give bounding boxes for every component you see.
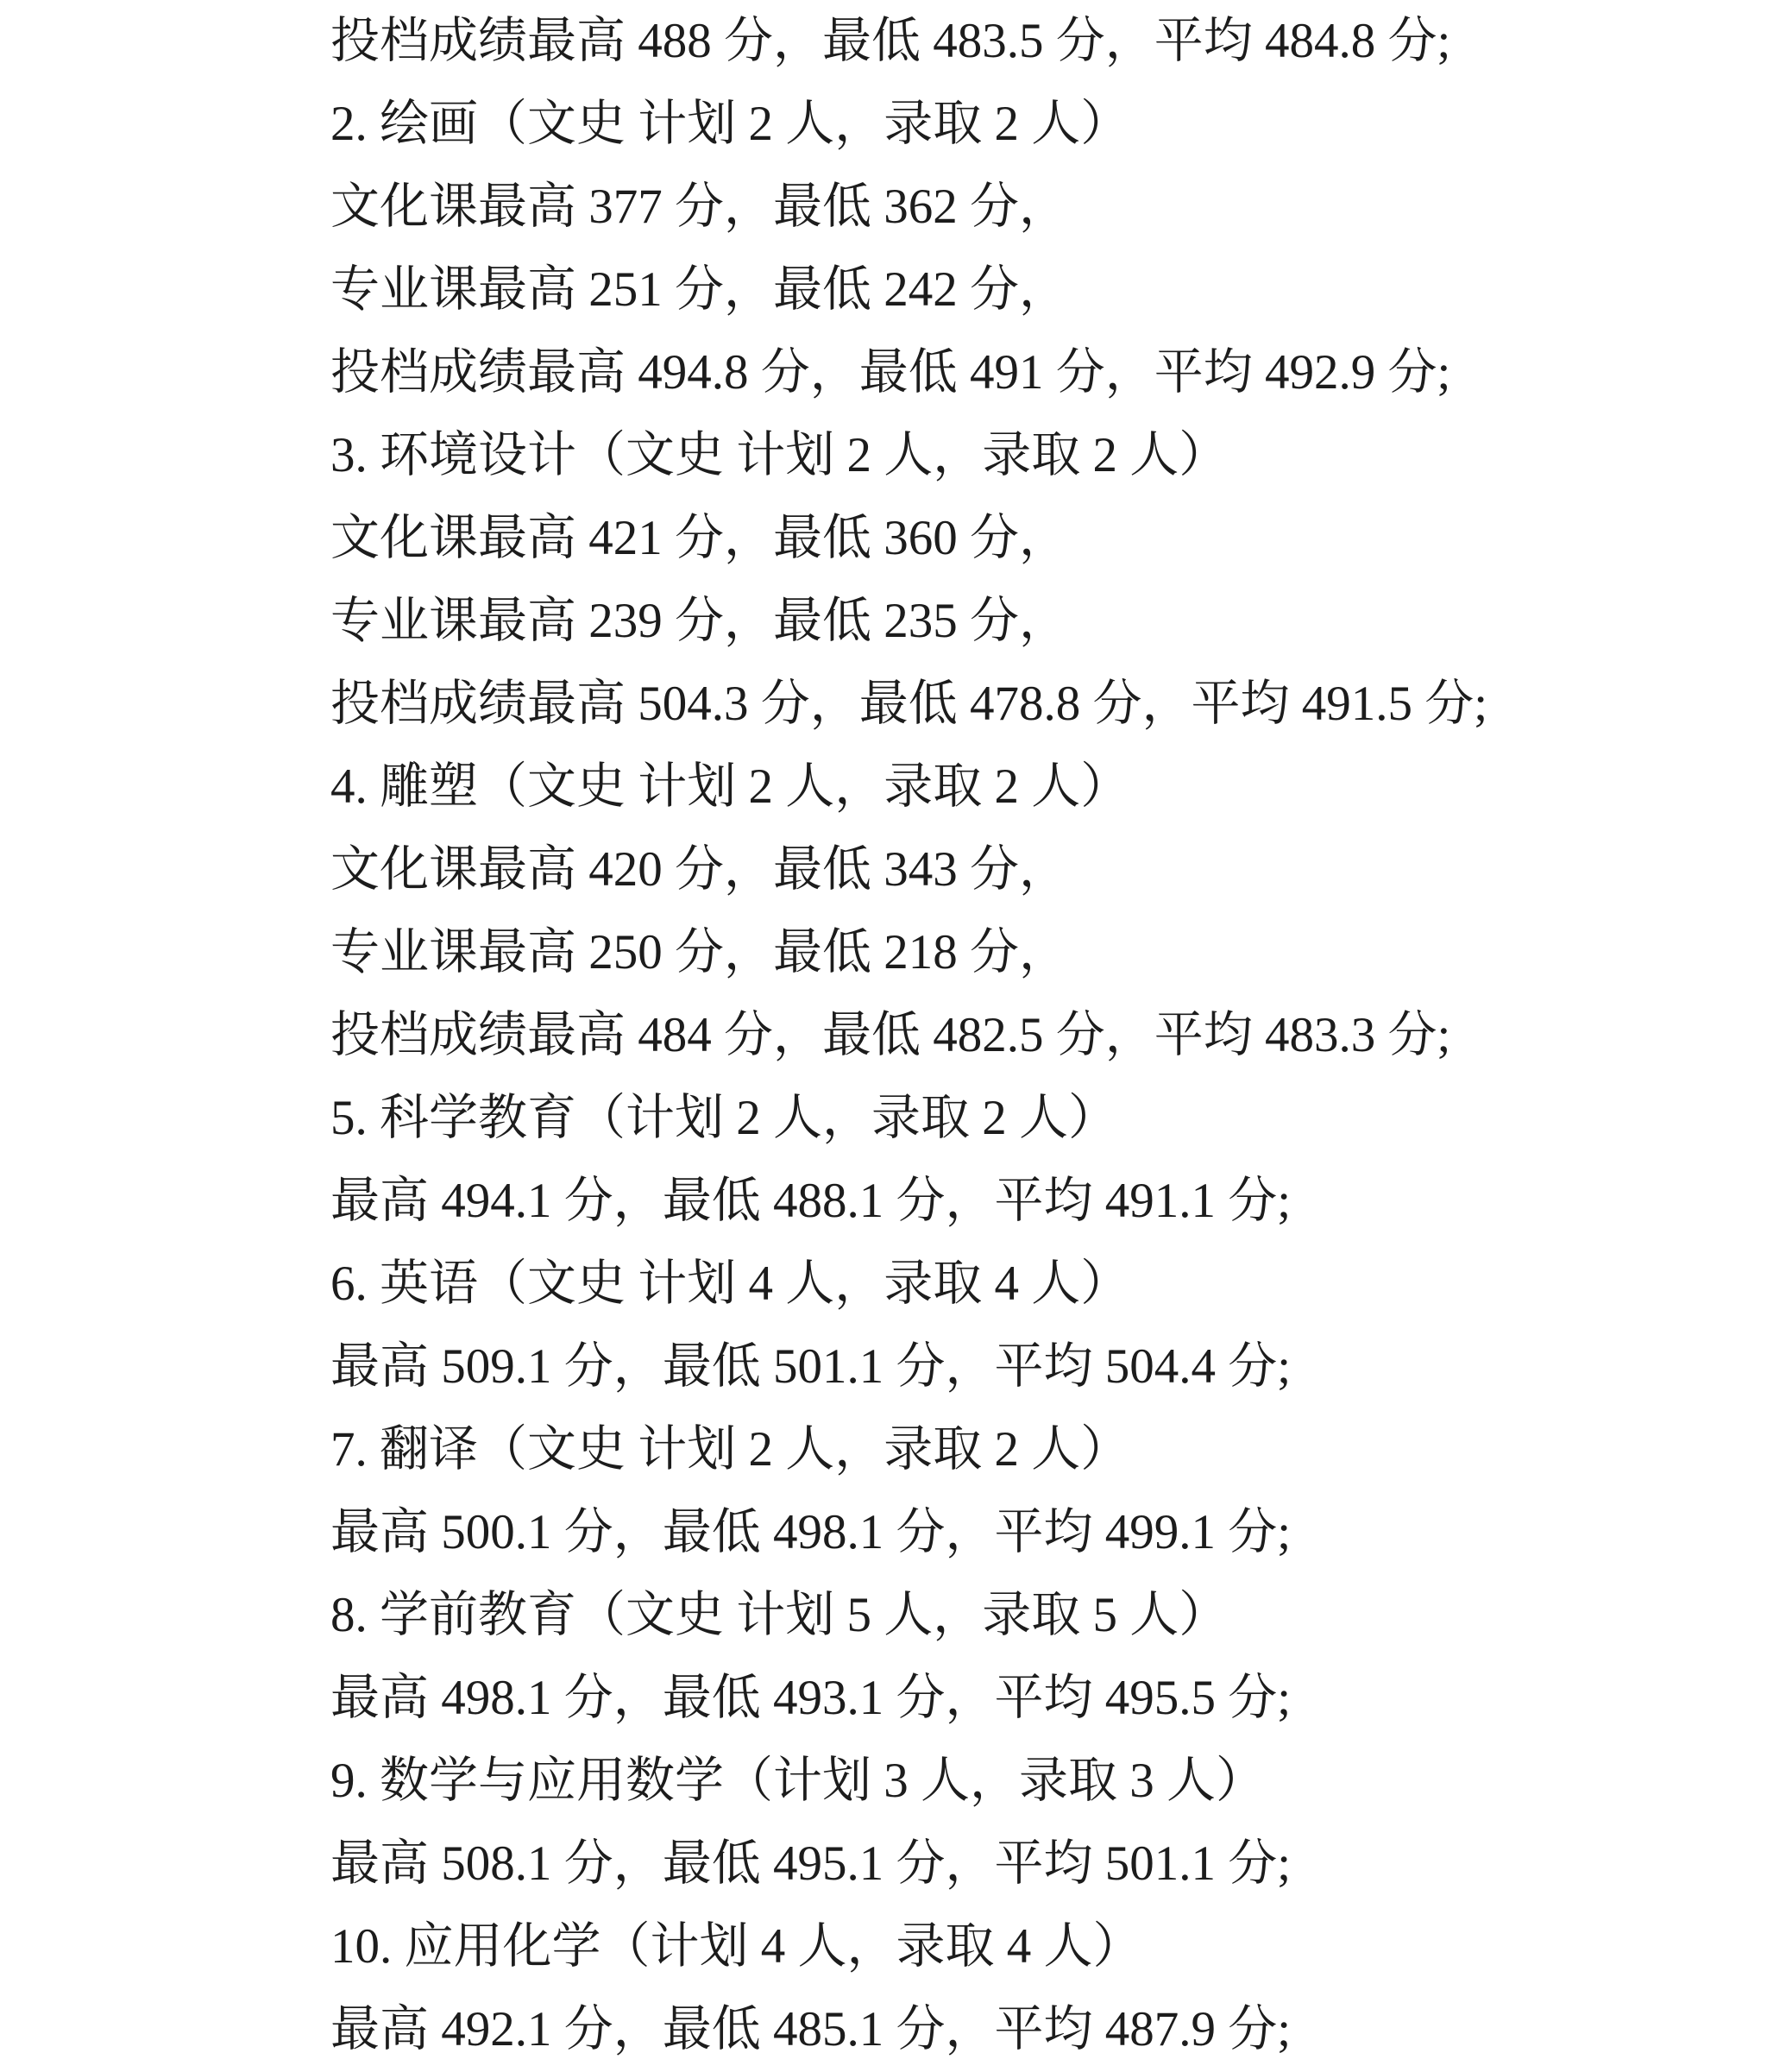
major-heading: 9. 数学与应用数学（计划 3 人，录取 3 人） <box>330 1740 1732 1823</box>
score-line: 投档成绩最高 504.3 分，最低 478.8 分，平均 491.5 分; <box>330 663 1732 746</box>
score-line: 文化课最高 420 分，最低 343 分， <box>330 828 1732 911</box>
score-line: 投档成绩最高 494.8 分，最低 491 分，平均 492.9 分; <box>330 331 1732 414</box>
score-line: 专业课最高 250 分，最低 218 分， <box>330 911 1732 994</box>
score-line: 最高 498.1 分，最低 493.1 分，平均 495.5 分; <box>330 1657 1732 1740</box>
admission-scores-text-block: 投档成绩最高 488 分，最低 483.5 分，平均 484.8 分; 2. 绘… <box>330 0 1732 2071</box>
major-heading: 8. 学前教育（文史 计划 5 人，录取 5 人） <box>330 1574 1732 1657</box>
score-line: 最高 500.1 分，最低 498.1 分，平均 499.1 分; <box>330 1491 1732 1574</box>
score-line: 最高 509.1 分，最低 501.1 分，平均 504.4 分; <box>330 1326 1732 1408</box>
major-heading: 2. 绘画（文史 计划 2 人，录取 2 人） <box>330 83 1732 166</box>
score-line: 专业课最高 239 分，最低 235 分， <box>330 580 1732 663</box>
document-page: 投档成绩最高 488 分，最低 483.5 分，平均 484.8 分; 2. 绘… <box>0 0 1767 2072</box>
score-line: 最高 508.1 分，最低 495.1 分，平均 501.1 分; <box>330 1823 1732 1905</box>
score-line: 专业课最高 251 分，最低 242 分， <box>330 249 1732 331</box>
score-line: 最高 494.1 分，最低 488.1 分，平均 491.1 分; <box>330 1160 1732 1243</box>
major-heading: 7. 翻译（文史 计划 2 人，录取 2 人） <box>330 1408 1732 1491</box>
score-line: 文化课最高 377 分，最低 362 分， <box>330 166 1732 249</box>
major-heading: 6. 英语（文史 计划 4 人，录取 4 人） <box>330 1243 1732 1326</box>
major-heading: 10. 应用化学（计划 4 人，录取 4 人） <box>330 1905 1732 1988</box>
score-line: 投档成绩最高 488 分，最低 483.5 分，平均 484.8 分; <box>330 0 1732 83</box>
score-line: 最高 492.1 分，最低 485.1 分，平均 487.9 分; <box>330 1988 1732 2071</box>
major-heading: 3. 环境设计（文史 计划 2 人，录取 2 人） <box>330 414 1732 497</box>
score-line: 文化课最高 421 分，最低 360 分， <box>330 497 1732 580</box>
major-heading: 4. 雕塑（文史 计划 2 人，录取 2 人） <box>330 746 1732 828</box>
score-line: 投档成绩最高 484 分，最低 482.5 分，平均 483.3 分; <box>330 994 1732 1077</box>
major-heading: 5. 科学教育（计划 2 人，录取 2 人） <box>330 1077 1732 1160</box>
